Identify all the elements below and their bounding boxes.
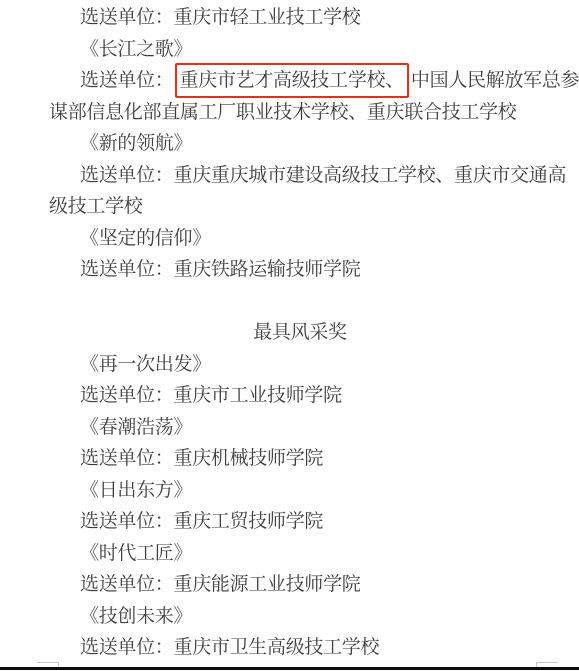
submission-line: 选送单位：重庆市卫生高级技工学校 [49,632,551,664]
submission-tail: 中国人民解放军总参 [411,70,579,91]
submission-line: 选送单位：重庆工贸技师学院 [49,506,551,538]
award-section-title: 最具风采奖 [49,317,551,349]
submission-continuation-line: 级技工学校 [49,191,551,223]
song-title-line: 《日出东方》 [49,475,551,507]
song-title-line: 《坚定的信仰》 [49,223,551,255]
document-page: 选送单位：重庆市轻工业技工学校 《长江之歌》 选送单位：重庆市艺才高级技工学校、… [0,0,579,671]
submission-label: 选送单位： [80,70,174,91]
submission-line: 选送单位：重庆机械技师学院 [49,443,551,475]
song-title-line: 《技创未来》 [49,601,551,633]
submission-line: 选送单位：重庆能源工业技师学院 [49,569,551,601]
submission-line: 选送单位：重庆铁路运输技师学院 [49,254,551,286]
song-title-line: 《春潮浩荡》 [49,412,551,444]
submission-line-highlighted: 选送单位：重庆市艺才高级技工学校、中国人民解放军总参 [49,65,551,97]
song-title-line: 《再一次出发》 [49,349,551,381]
song-title-line: 《长江之歌》 [49,34,551,66]
submission-line: 选送单位：重庆市轻工业技工学校 [49,2,551,34]
blank-line [49,286,551,318]
document-body: 选送单位：重庆市轻工业技工学校 《长江之歌》 选送单位：重庆市艺才高级技工学校、… [0,0,579,664]
bottom-divider [0,667,579,670]
submission-continuation-line: 谋部信息化部直属工厂职业技术学校、重庆联合技工学校 [49,97,551,129]
song-title-line: 《时代工匠》 [49,538,551,570]
submission-line: 选送单位：重庆市工业技师学院 [49,380,551,412]
song-title-line: 《新的领航》 [49,128,551,160]
highlight-box: 重庆市艺才高级技工学校、 [175,63,409,98]
submission-line: 选送单位：重庆重庆城市建设高级技工学校、重庆市交通高 [49,160,551,192]
